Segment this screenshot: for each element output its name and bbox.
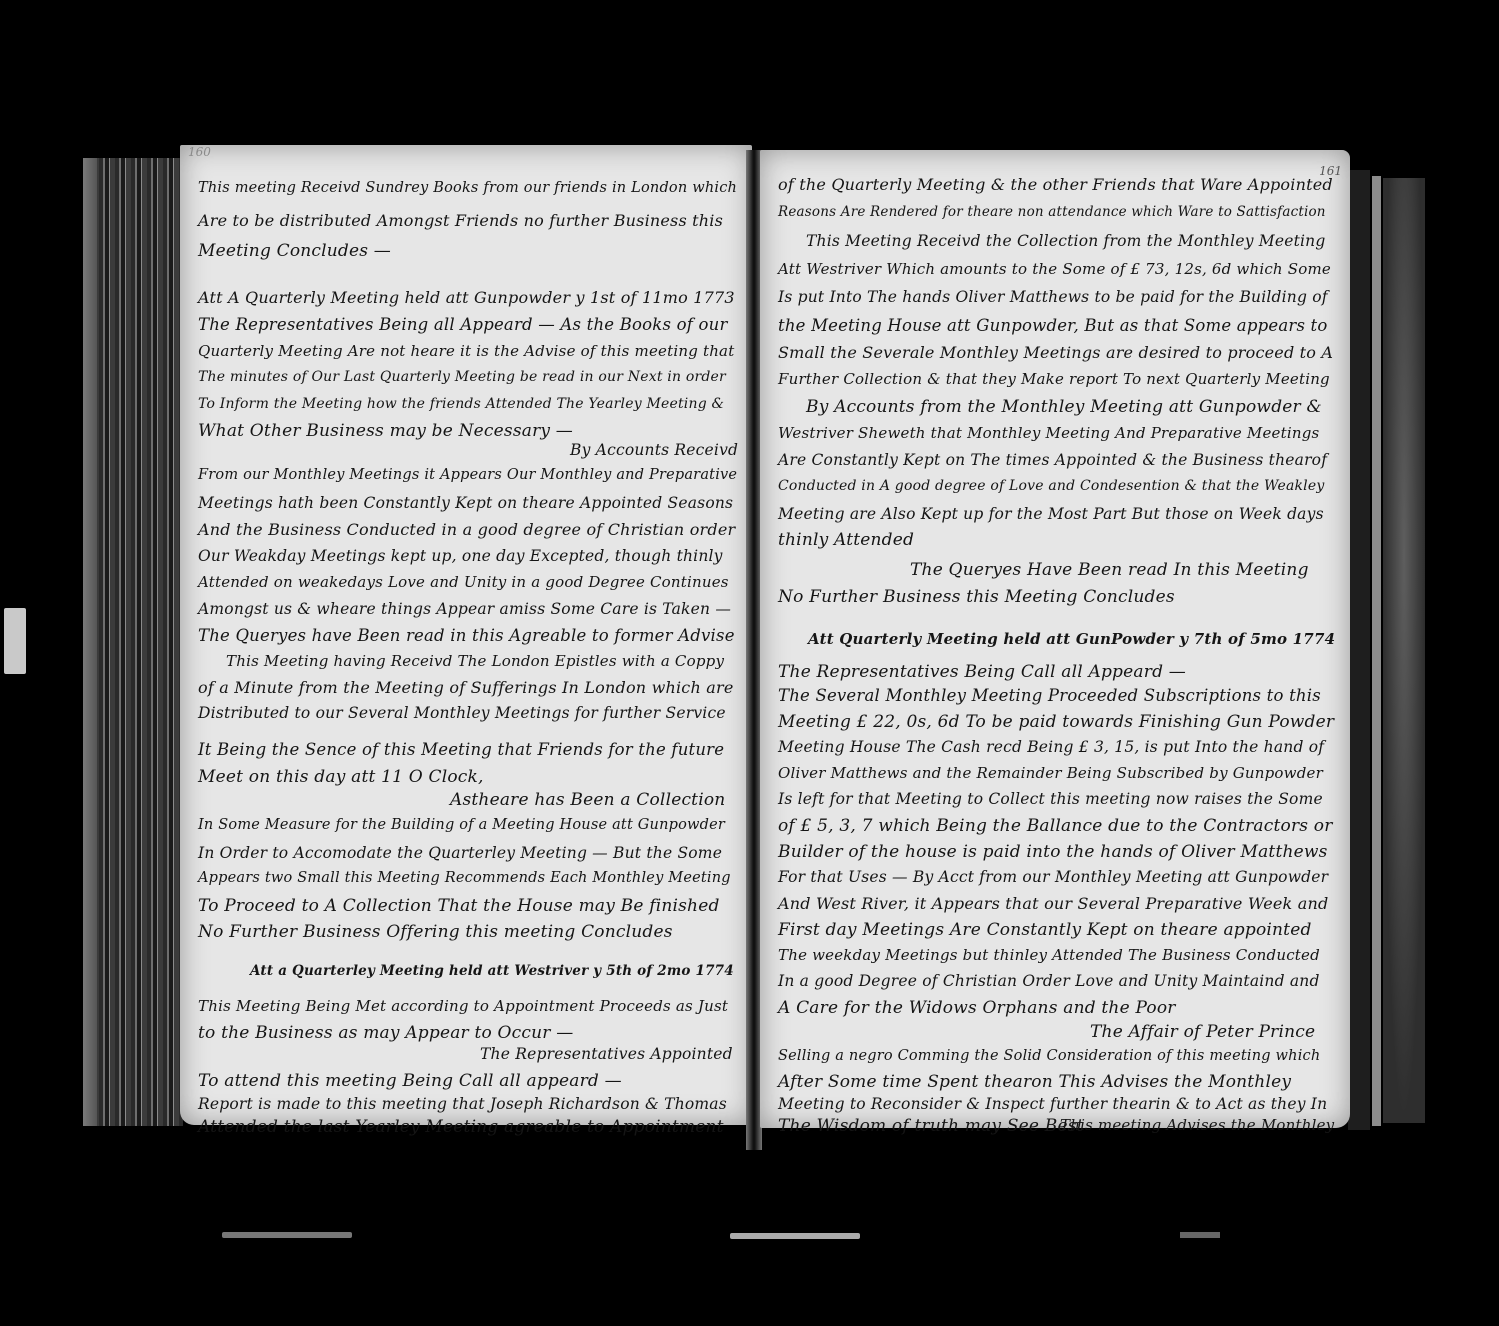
minute-heading: Att Quarterly Meeting held att GunPowder…	[808, 630, 1335, 648]
book-support	[222, 1232, 352, 1238]
text-line: The minutes of Our Last Quarterly Meetin…	[198, 369, 726, 385]
text-line: To Inform the Meeting how the friends At…	[198, 396, 724, 412]
text-line: Meet on this day att 11 O Clock,	[198, 767, 484, 787]
right-cover-strip	[1372, 176, 1381, 1126]
text-line: Meetings hath been Constantly Kept on th…	[198, 494, 733, 512]
text-line: of £ 5, 3, 7 which Being the Ballance du…	[778, 816, 1333, 836]
book-support	[1180, 1232, 1220, 1238]
text-line: Are Constantly Kept on The times Appoint…	[778, 451, 1327, 469]
text-line: Meeting £ 22, 0s, 6d To be paid towards …	[778, 712, 1334, 732]
text-line: First day Meetings Are Constantly Kept o…	[778, 920, 1312, 940]
text-line: Att Westriver Which amounts to the Some …	[778, 260, 1331, 278]
text-line: From our Monthley Meetings it Appears Ou…	[198, 467, 737, 483]
text-line: In Some Measure for the Building of a Me…	[198, 817, 725, 833]
text-line: Our Weakday Meetings kept up, one day Ex…	[198, 547, 723, 565]
text-line: Attended on weakedays Love and Unity in …	[198, 573, 729, 591]
text-line: Is left for that Meeting to Collect this…	[778, 790, 1323, 808]
text-line: No Further Business this Meeting Conclud…	[778, 587, 1175, 607]
text-line: This Meeting Being Met according to Appo…	[198, 997, 728, 1015]
text-line: Westriver Sheweth that Monthley Meeting …	[778, 424, 1319, 442]
text-line: No Further Business Offering this meetin…	[198, 922, 673, 942]
text-line: Is put Into The hands Oliver Matthews to…	[778, 288, 1328, 306]
text-line: It Being the Sence of this Meeting that …	[198, 740, 724, 759]
text-line: Conducted in A good degree of Love and C…	[778, 478, 1324, 494]
text-line: This Meeting having Receivd The London E…	[226, 652, 724, 670]
minute-heading: Att a Quarterley Meeting held att Westri…	[250, 963, 734, 979]
text-line: Meeting are Also Kept up for the Most Pa…	[778, 505, 1324, 523]
text-line: After Some time Spent thearon This Advis…	[778, 1072, 1291, 1092]
text-line: A Care for the Widows Orphans and the Po…	[778, 998, 1176, 1018]
right-page: 161 of the Quarterly Meeting & the other…	[760, 150, 1350, 1128]
text-line: In a good Degree of Christian Order Love…	[778, 972, 1320, 990]
right-cover-board	[1383, 178, 1425, 1123]
text-line: Are to be distributed Amongst Friends no…	[198, 211, 723, 230]
text-line: Meeting Concludes —	[198, 241, 391, 261]
text-line: Amongst us & wheare things Appear amiss …	[198, 600, 731, 618]
text-line: Quarterly Meeting Are not heare it is th…	[198, 342, 734, 360]
text-line: And West River, it Appears that our Seve…	[778, 894, 1328, 913]
text-line: The Wisdom of truth may See Best	[778, 1116, 1084, 1136]
text-line: Reasons Are Rendered for theare non atte…	[778, 204, 1326, 220]
left-page-number: 160	[188, 145, 211, 159]
text-line: In Order to Accomodate the Quarterley Me…	[198, 844, 722, 862]
scan-background: 160 This meeting Receivd Sundrey Books f…	[0, 0, 1499, 1326]
left-page: 160 This meeting Receivd Sundrey Books f…	[180, 145, 752, 1125]
text-line: By Accounts Receivd	[570, 441, 738, 459]
text-line: Small the Severale Monthley Meetings are…	[778, 343, 1333, 362]
text-line: To attend this meeting Being Call all ap…	[198, 1071, 622, 1091]
book-support	[730, 1233, 860, 1239]
text-line: The Representatives Being all Appeard — …	[198, 315, 728, 334]
text-line: Oliver Matthews and the Remainder Being …	[778, 764, 1323, 782]
text-line: By Accounts from the Monthley Meeting at…	[806, 397, 1322, 417]
text-line: Further Collection & that they Make repo…	[778, 370, 1330, 388]
text-line: Distributed to our Several Monthley Meet…	[198, 704, 726, 722]
text-line: And the Business Conducted in a good deg…	[198, 520, 735, 539]
minute-heading: Att A Quarterly Meeting held att Gunpowd…	[198, 288, 735, 307]
text-line: Meeting House The Cash recd Being £ 3, 1…	[778, 738, 1324, 756]
text-line: To Proceed to A Collection That the Hous…	[198, 896, 720, 916]
text-line: The Representatives Appointed	[480, 1045, 733, 1063]
text-line: The Queryes have Been read in this Agrea…	[198, 626, 735, 645]
text-line: the Meeting House att Gunpowder, But as …	[778, 316, 1328, 335]
right-cover-edge	[1348, 170, 1370, 1130]
text-line: For that Uses — By Acct from our Monthle…	[778, 868, 1328, 886]
text-line: The weekday Meetings but thinley Attende…	[778, 946, 1320, 964]
left-page-edges	[83, 158, 183, 1126]
text-line: thinly Attended	[778, 530, 914, 550]
side-tab-marker	[4, 608, 26, 674]
text-line: Report is made to this meeting that Jose…	[198, 1095, 727, 1113]
text-line: This meeting Advises the Monthley	[1060, 1116, 1334, 1134]
text-line: This Meeting Receivd the Collection from…	[806, 232, 1325, 250]
text-line: Astheare has Been a Collection	[450, 790, 725, 810]
text-line: Appears two Small this Meeting Recommend…	[198, 870, 731, 886]
text-line: of the Quarterly Meeting & the other Fri…	[778, 175, 1333, 194]
text-line: This meeting Receivd Sundrey Books from …	[198, 180, 737, 196]
text-line: Meeting to Reconsider & Inspect further …	[778, 1095, 1327, 1113]
text-line: The Affair of Peter Prince	[1090, 1022, 1315, 1042]
text-line: to the Business as may Appear to Occur —	[198, 1023, 573, 1043]
text-line: What Other Business may be Necessary —	[198, 421, 573, 441]
text-line: Builder of the house is paid into the ha…	[778, 842, 1328, 862]
text-line: of a Minute from the Meeting of Sufferin…	[198, 678, 734, 697]
text-line: The Representatives Being Call all Appea…	[778, 662, 1186, 682]
text-line: Selling a negro Comming the Solid Consid…	[778, 1048, 1320, 1064]
text-line: Attended the last Yearley Meeting agreab…	[198, 1117, 724, 1137]
text-line: The Several Monthley Meeting Proceeded S…	[778, 686, 1321, 705]
text-line: The Queryes Have Been read In this Meeti…	[910, 560, 1309, 580]
